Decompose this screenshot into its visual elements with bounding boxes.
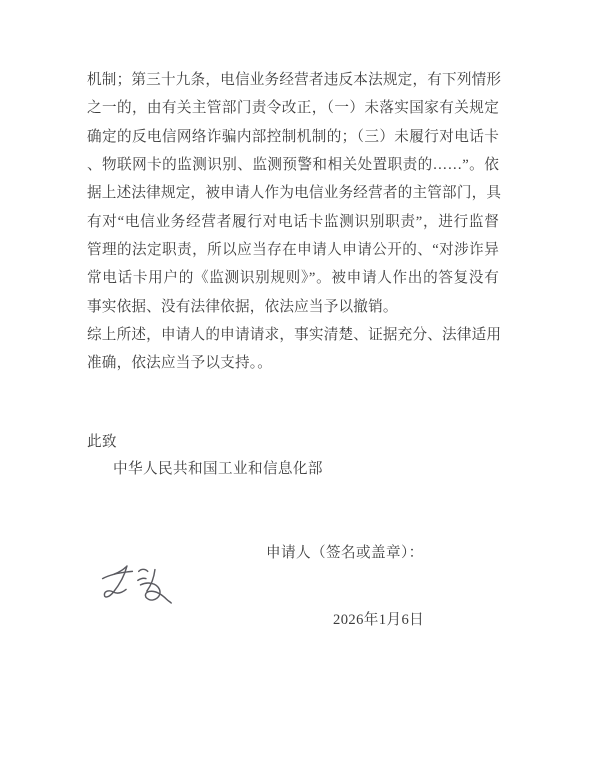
body-line: 之一的，由有关主管部门责令改正，（一）未落实国家有关规定 [87,94,499,122]
salutation: 此致 [87,432,117,452]
document-body: 机制；第三十九条，电信业务经营者违反本法规定，有下列情形 之一的，由有关主管部门… [87,66,499,378]
body-line: 常电话卡用户的《监测识别规则》”。被申请人作出的答复没有 [87,264,499,292]
signature-strokes [99,563,173,605]
body-line: 有对“电信业务经营者履行对电话卡监测识别职责”，进行监督 [87,208,499,236]
body-line: 确定的反电信网络诈骗内部控制机制的；（三）未履行对电话卡 [87,123,499,151]
recipient-authority: 中华人民共和国工业和信息化部 [113,459,323,479]
document-date: 2026年1月6日 [333,610,424,630]
body-line: 机制；第三十九条，电信业务经营者违反本法规定，有下列情形 [87,66,499,94]
closing-line: 准确，依法应当予以支持。。 [87,349,499,377]
document-page: 机制；第三十九条，电信业务经营者违反本法规定，有下列情形 之一的，由有关主管部门… [0,0,599,775]
body-line: 事实依据、没有法律依据，依法应当予以撤销。 [87,293,499,321]
body-line: 、物联网卡的监测识别、监测预警和相关处置职责的……”。依 [87,151,499,179]
body-line: 据上述法律规定，被申请人作为电信业务经营者的主管部门，具 [87,179,499,207]
handwritten-signature [99,563,173,605]
closing-line: 综上所述，申请人的申请请求，事实清楚、证据充分、法律适用 [87,321,499,349]
applicant-signature-label: 申请人（签名或盖章）： [266,543,424,563]
body-line: 管理的法定职责，所以应当存在申请人申请公开的、“对涉诈异 [87,236,499,264]
